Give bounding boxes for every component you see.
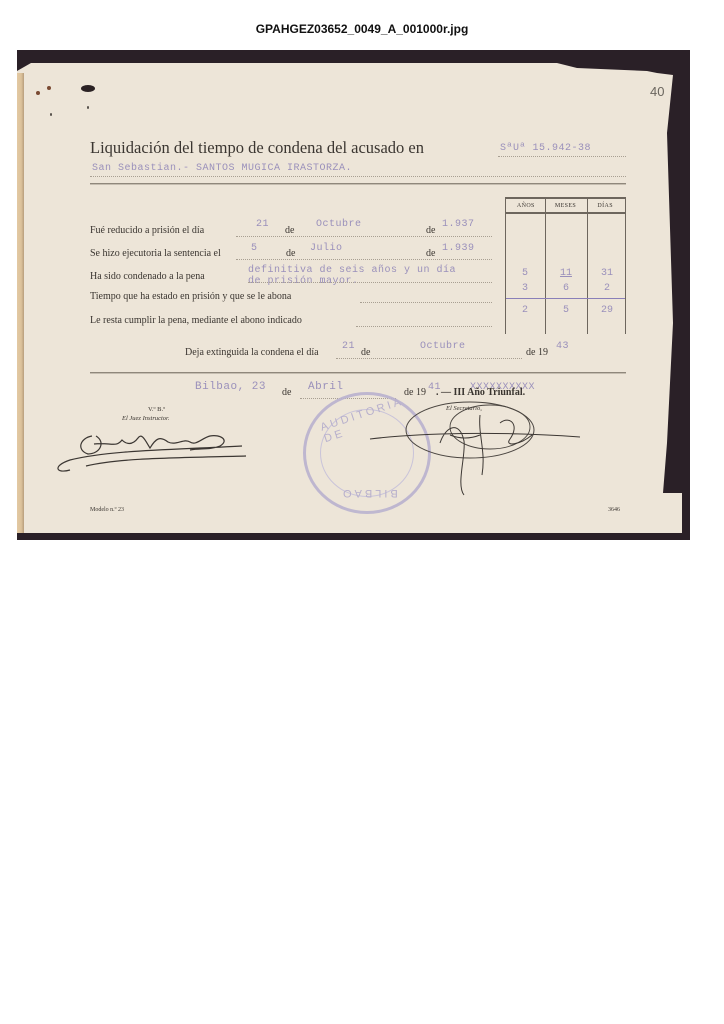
de-text: de — [426, 248, 435, 259]
stain-mark — [47, 86, 51, 90]
judge-signature — [50, 420, 260, 480]
divider-bottom — [90, 372, 626, 374]
reduced-month: Octubre — [316, 219, 362, 230]
sentence-month: Julio — [310, 243, 343, 254]
pena-anos: 5 — [506, 268, 544, 279]
extinction-month: Octubre — [420, 341, 466, 352]
sentence-label: Ha sido condenado a la pena — [90, 271, 205, 282]
de-text: de — [285, 225, 294, 236]
dotted-line — [236, 259, 492, 260]
de-text: de 19 — [526, 347, 548, 358]
place-city-day: Bilbao, 23 — [195, 381, 266, 393]
sentence-date-label: Se hizo ejecutoria la sentencia el — [90, 248, 221, 259]
stain-mark — [87, 106, 89, 109]
table-header: AÑOS MESES DÍAS — [506, 199, 625, 214]
extinction-year: 43 — [556, 341, 569, 352]
document-title: Liquidación del tiempo de condena del ac… — [90, 138, 424, 158]
file-title: GPAHGEZ03652_0049_A_001000r.jpg — [0, 22, 724, 36]
reduced-year: 1.937 — [442, 219, 475, 230]
header-dias: DÍAS — [585, 199, 625, 212]
pena-meses: 11 — [547, 268, 585, 279]
case-reference: SªUª 15.942-38 — [500, 143, 591, 154]
stain-mark — [50, 113, 52, 116]
sentence-day: 5 — [251, 243, 258, 254]
divider-top — [90, 183, 626, 185]
dotted-line — [360, 302, 492, 303]
reduced-date-label: Fué reducido a prisión el día — [90, 225, 204, 236]
secretary-signature — [360, 395, 600, 505]
page-number: 40 — [650, 84, 664, 99]
place-month: Abril — [308, 381, 344, 393]
dotted-line — [498, 156, 626, 157]
accused-line: San Sebastian.- SANTOS MUGICA IRASTORZA. — [92, 163, 352, 174]
sentence-value-line1: definitiva de seis años y un día — [248, 265, 456, 276]
pena-dias: 31 — [588, 268, 626, 279]
de-text: de — [426, 225, 435, 236]
dotted-line — [248, 282, 492, 283]
hole-mark — [81, 85, 95, 92]
resta-dias: 29 — [588, 305, 626, 316]
resta-meses: 5 — [547, 305, 585, 316]
extinction-day: 21 — [342, 341, 355, 352]
de-text: de — [286, 248, 295, 259]
form-code: 3646 — [608, 507, 620, 513]
subtraction-line — [506, 298, 625, 299]
header-anos: AÑOS — [506, 199, 546, 212]
dotted-line — [356, 326, 492, 327]
dotted-line — [236, 236, 492, 237]
abono-dias: 2 — [588, 283, 626, 294]
credited-time-label: Tiempo que ha estado en prisión y que se… — [90, 291, 291, 302]
dotted-line — [90, 176, 626, 177]
time-table: AÑOS MESES DÍAS 5 11 31 3 6 2 2 5 29 — [505, 197, 626, 334]
dotted-line — [336, 358, 522, 359]
reduced-day: 21 — [256, 219, 269, 230]
de-text: de — [361, 347, 370, 358]
header-meses: MESES — [546, 199, 586, 212]
extinction-label: Deja extinguida la condena el día — [185, 347, 319, 358]
paper-edge — [17, 73, 24, 533]
sentence-year: 1.939 — [442, 243, 475, 254]
remaining-label: Le resta cumplir la pena, mediante el ab… — [90, 315, 302, 326]
resta-anos: 2 — [506, 305, 544, 316]
stain-mark — [36, 91, 40, 95]
abono-anos: 3 — [506, 283, 544, 294]
model-number: Modelo n.º 23 — [90, 507, 124, 513]
column-divider — [545, 199, 546, 334]
vb-label: V.º B.º — [148, 406, 165, 413]
de-text: de — [282, 387, 291, 398]
abono-meses: 6 — [547, 283, 585, 294]
